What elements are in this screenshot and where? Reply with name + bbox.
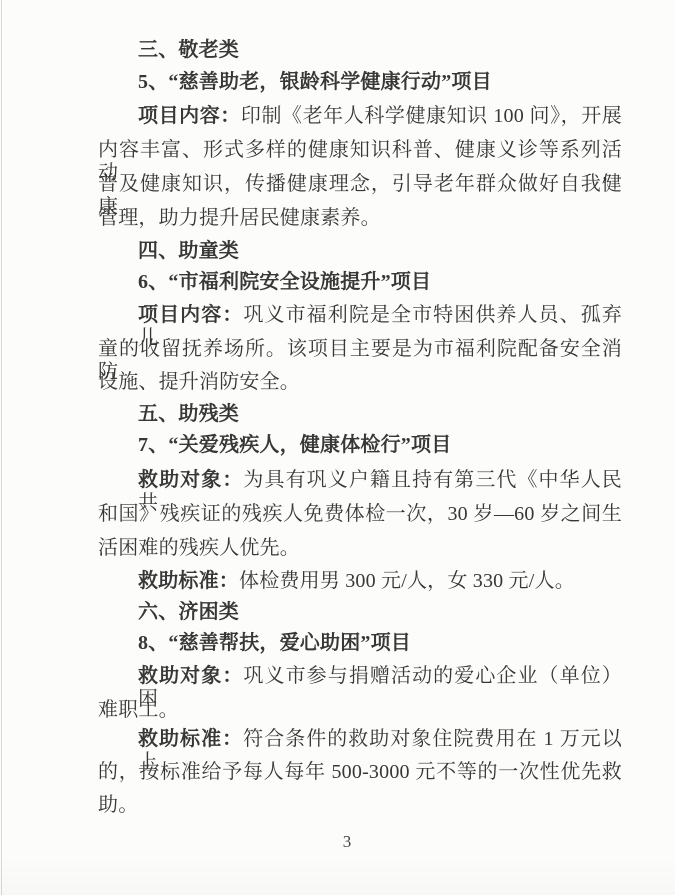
label-text: 五、助残类 [138, 403, 239, 425]
label-text: 六、济困类 [138, 601, 239, 623]
project-heading-7: 7、“关爱残疾人，健康体检行”项目 [138, 434, 622, 457]
scan-edge-line [1, 0, 2, 895]
body-text: 助。 [98, 794, 138, 816]
body-text: 的，按标准给予每人每年 500-3000 元不等的一次性优先救 [98, 761, 622, 783]
body-text: 难职工。 [98, 699, 179, 721]
label-text: 项目内容： [138, 304, 243, 326]
label-text: 8、“慈善帮扶，爱心助困”项目 [138, 632, 411, 654]
page-number: 3 [0, 832, 675, 852]
body-line: 管理，助力提升居民健康素养。 [98, 207, 622, 230]
body-text: 设施、提升消防安全。 [98, 371, 300, 393]
label-text: 5、“慈善助老，银龄科学健康行动”项目 [138, 71, 492, 93]
body-line: 项目内容：印制《老年人科学健康知识 100 问》，开展 [138, 105, 622, 128]
label-text: 救助对象： [138, 665, 243, 687]
section-heading-4: 四、助童类 [138, 240, 622, 263]
body-line: 设施、提升消防安全。 [98, 371, 622, 394]
body-line: 难职工。 [98, 699, 622, 722]
body-text: 管理，助力提升居民健康素养。 [98, 207, 381, 229]
body-text: 活困难的残疾人优先。 [98, 537, 300, 559]
label-text: 救助标准： [138, 728, 243, 750]
label-text: 7、“关爱残疾人，健康体检行”项目 [138, 434, 451, 456]
body-line: 的，按标准给予每人每年 500-3000 元不等的一次性优先救 [98, 761, 622, 784]
label-text: 项目内容： [138, 105, 241, 127]
label-text: 三、敬老类 [138, 39, 239, 61]
section-heading-5: 五、助残类 [138, 403, 622, 426]
project-heading-8: 8、“慈善帮扶，爱心助困”项目 [138, 632, 622, 655]
project-heading-6: 6、“市福利院安全设施提升”项目 [138, 271, 622, 294]
label-text: 救助对象： [138, 469, 243, 491]
label-text: 四、助童类 [138, 240, 239, 262]
body-line: 活困难的残疾人优先。 [98, 537, 622, 560]
body-text: 体检费用男 300 元/人，女 330 元/人。 [239, 570, 575, 592]
document-page: 三、敬老类5、“慈善助老，银龄科学健康行动”项目项目内容：印制《老年人科学健康知… [0, 0, 675, 895]
body-text: 印制《老年人科学健康知识 100 问》，开展 [241, 105, 622, 127]
scan-shading [0, 855, 675, 895]
label-text: 6、“市福利院安全设施提升”项目 [138, 271, 431, 293]
label-text: 救助标准： [138, 570, 239, 592]
section-heading-3: 三、敬老类 [138, 39, 622, 62]
body-text: 和国》残疾证的残疾人免费体检一次，30 岁—60 岁之间生 [98, 503, 622, 525]
body-line: 助。 [98, 794, 622, 817]
project-heading-5: 5、“慈善助老，银龄科学健康行动”项目 [138, 71, 622, 94]
body-line: 和国》残疾证的残疾人免费体检一次，30 岁—60 岁之间生 [98, 503, 622, 526]
body-line: 救助标准：体检费用男 300 元/人，女 330 元/人。 [138, 570, 622, 593]
section-heading-6: 六、济困类 [138, 601, 622, 624]
